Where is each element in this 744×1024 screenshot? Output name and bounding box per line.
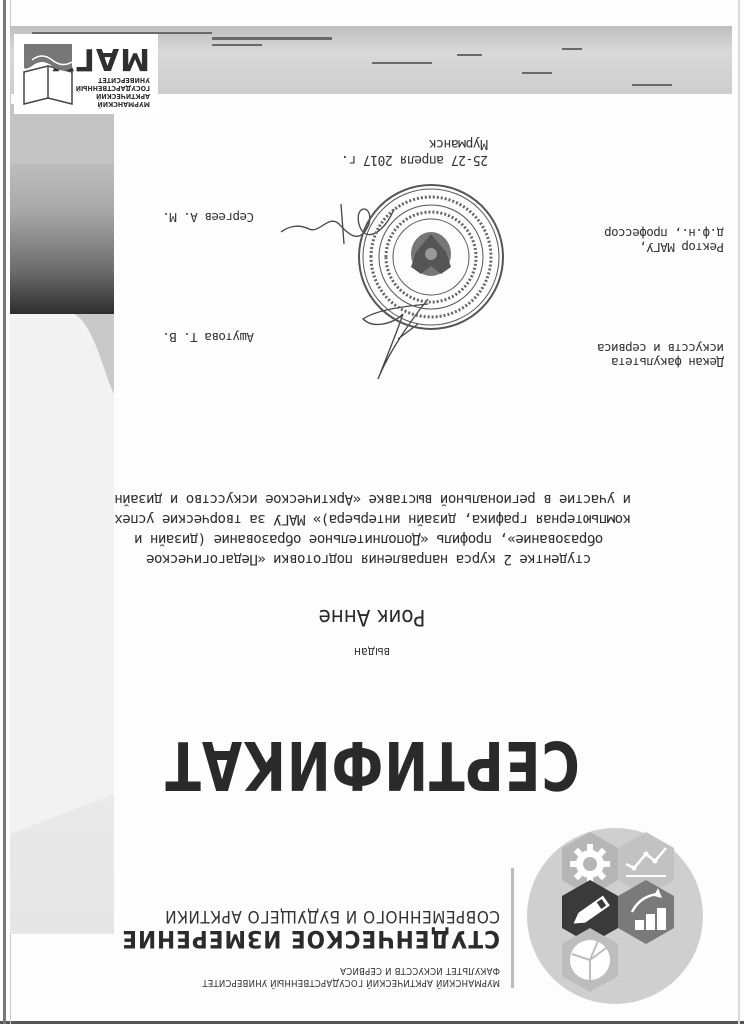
university-name: МУРМАНСКИЙ АРКТИЧЕСКИЙ ГОСУДАРСТВЕННЫЙ У…: [140, 976, 500, 988]
magu-line: ГОСУДАРСТВЕННЫЙ: [76, 84, 150, 92]
header-divider: [511, 868, 514, 988]
certificate-sheet: МУРМАНСКИЙ АРКТИЧЕСКИЙ ГОСУДАРСТВЕННЫЙ У…: [0, 0, 744, 1024]
event-city: Мурманск: [341, 135, 488, 151]
event-date: 25-27 апреля 2017 г.: [341, 151, 488, 167]
rector-title-line: Ректор МАГУ,: [524, 240, 724, 254]
rector-title-line: д.ф.н., профессор: [524, 226, 724, 240]
event-hexagon-logo: [520, 820, 710, 1024]
event-title: СТУДЕНЧЕСКОЕ ИЗМЕРЕНИЕ: [140, 926, 500, 952]
magu-line: МУРМАНСКИЙ: [76, 100, 150, 108]
event-date-place: 25-27 апреля 2017 г. Мурманск: [341, 135, 488, 167]
magu-line: УНИВЕРСИТЕТ: [76, 76, 150, 84]
dean-title-line: Декан факультета: [524, 355, 724, 369]
event-header: МУРМАНСКИЙ АРКТИЧЕСКИЙ ГОСУДАРСТВЕННЫЙ У…: [140, 906, 500, 988]
scan-edge-right: [3, 0, 6, 1024]
faculty-name: ФАКУЛЬТЕТ ИСКУССТВ И СЕРВИСА: [140, 964, 500, 976]
certificate-body: студентке 2 курса направления подготовки…: [104, 489, 634, 569]
body-line: компьютерная графика, дизайн интерьера)»…: [104, 509, 634, 529]
rector-name: Сергеев А. М.: [163, 210, 254, 224]
official-stamp: [356, 182, 506, 332]
body-line: образование», профиль «Дополнительное об…: [104, 529, 634, 549]
event-subtitle: СОВРЕМЕННОГО И БУДУЩЕГО АРКТИКИ: [140, 906, 500, 926]
open-book-waves-icon: [20, 40, 76, 108]
scan-edge-left: [738, 0, 740, 1024]
coat-of-arms-icon: [411, 232, 451, 276]
dean-name: Ашутова Т. В.: [163, 330, 254, 344]
magu-logo: МУРМАНСКИЙ АРКТИЧЕСКИЙ ГОСУДАРСТВЕННЫЙ У…: [14, 34, 158, 114]
dean-title-line: искусств и сервиса: [524, 341, 724, 355]
arctic-photo-strip: [10, 104, 114, 934]
body-line: и участие в региональной выставке «Аркти…: [104, 489, 634, 509]
magu-logo-text: МУРМАНСКИЙ АРКТИЧЕСКИЙ ГОСУДАРСТВЕННЫЙ У…: [76, 76, 150, 108]
body-line: студентке 2 курса направления подготовки…: [104, 549, 634, 569]
magu-line: АРКТИЧЕСКИЙ: [76, 92, 150, 100]
dean-title: Декан факультета искусств и сервиса: [524, 341, 724, 369]
rector-title: Ректор МАГУ, д.ф.н., профессор: [524, 226, 724, 254]
